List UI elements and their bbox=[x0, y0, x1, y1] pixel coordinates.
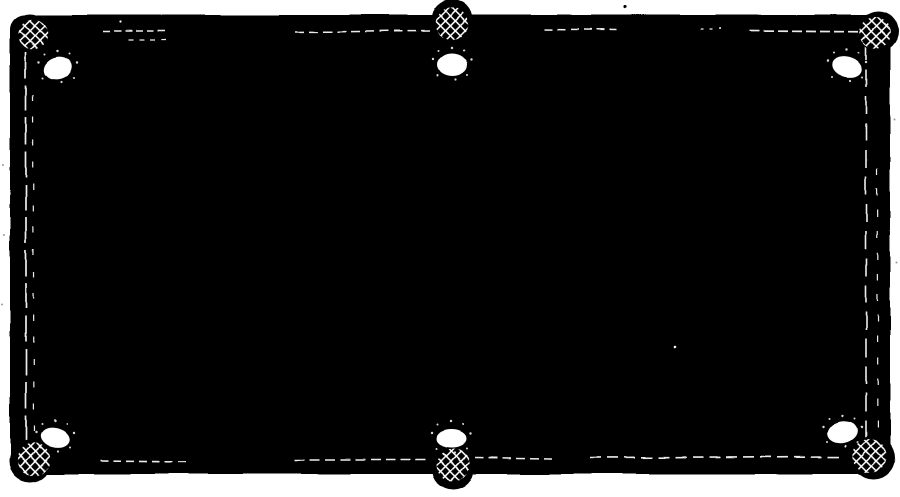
speck bbox=[1, 304, 3, 306]
pocket-rim-speck bbox=[831, 76, 833, 78]
pocket-rim-speck bbox=[432, 58, 434, 60]
pocket-rim-speck bbox=[54, 420, 56, 422]
pocket-rim-speck bbox=[854, 417, 856, 419]
pocket-rim-speck bbox=[829, 417, 831, 419]
pocket-rim-speck bbox=[463, 50, 465, 52]
pocket-knob-top-left bbox=[11, 14, 49, 52]
speck bbox=[2, 164, 4, 166]
pocket-rim-speck bbox=[69, 53, 71, 55]
pocket-rim-speck bbox=[857, 441, 859, 443]
pocket-rim-speck bbox=[38, 61, 40, 63]
pocket-opening-hole bbox=[436, 430, 466, 448]
pocket-rim-speck bbox=[465, 448, 467, 450]
pocket-rim-speck bbox=[466, 74, 468, 76]
pocket-rim-speck bbox=[437, 424, 439, 426]
pocket-knob-top-right bbox=[858, 11, 898, 51]
pocket-rim-speck bbox=[73, 432, 75, 434]
pocket-rim-speck bbox=[470, 59, 472, 61]
knob-hatch-texture bbox=[852, 439, 886, 473]
pocket-rim-speck bbox=[431, 432, 433, 434]
knob-hatch-texture bbox=[436, 7, 469, 40]
knob-hatch-texture bbox=[18, 20, 48, 50]
knob-hatch-texture bbox=[859, 17, 890, 48]
pocket-rim-speck bbox=[849, 80, 851, 82]
pocket-rim-speck bbox=[823, 425, 825, 427]
pocket-rim-speck bbox=[833, 52, 835, 54]
pocket-rim-speck bbox=[44, 53, 46, 55]
pocket-rim-speck bbox=[451, 47, 453, 49]
pocket-rim-speck bbox=[453, 452, 455, 454]
speck bbox=[893, 119, 895, 121]
pocket-rim-speck bbox=[39, 447, 41, 449]
pocket-rim-speck bbox=[35, 431, 37, 433]
pocket-rim-speck bbox=[436, 74, 438, 76]
pocket-knob-top-middle bbox=[431, 0, 473, 41]
pocket-rim-speck bbox=[450, 421, 452, 423]
pocket-rim-speck bbox=[858, 52, 860, 54]
speck bbox=[719, 27, 721, 29]
pocket-rim-speck bbox=[60, 81, 62, 83]
pocket-rim-speck bbox=[842, 414, 844, 416]
pocket-rim-speck bbox=[846, 49, 848, 51]
pocket-rim-speck bbox=[469, 433, 471, 435]
table-bed bbox=[10, 15, 890, 474]
pocket-rim-speck bbox=[435, 448, 437, 450]
speck bbox=[623, 5, 626, 8]
pocket-knob-bottom-middle bbox=[432, 448, 474, 490]
knob-hatch-texture bbox=[437, 449, 470, 482]
pocket-rim-speck bbox=[462, 424, 464, 426]
pocket-rim-speck bbox=[42, 77, 44, 79]
pocket-rim-speck bbox=[438, 50, 440, 52]
pocket-rim-speck bbox=[454, 78, 456, 80]
knob-hatch-texture bbox=[17, 443, 50, 476]
pocket-rim-speck bbox=[57, 451, 59, 453]
pocket-rim-speck bbox=[861, 426, 863, 428]
pocket-rim-speck bbox=[845, 445, 847, 447]
pocket-rim-speck bbox=[827, 60, 829, 62]
engraving-group bbox=[1, 0, 898, 490]
speck bbox=[895, 261, 897, 263]
pocket-rim-speck bbox=[72, 77, 74, 79]
engraving-canvas: Black-and-white engraving of a six-pocke… bbox=[0, 0, 900, 497]
pocket-rim-speck bbox=[861, 76, 863, 78]
pocket-rim-speck bbox=[57, 50, 59, 52]
pocket-knob-bottom-left bbox=[9, 440, 51, 482]
pocket-rim-speck bbox=[865, 61, 867, 63]
pocket-opening-hole bbox=[437, 54, 467, 76]
speck bbox=[3, 234, 5, 236]
pocket-rim-speck bbox=[41, 423, 43, 425]
speck bbox=[120, 21, 122, 23]
speck bbox=[674, 346, 677, 349]
pocket-rim-speck bbox=[76, 62, 78, 64]
billiard-table-engraving: Black-and-white engraving of a six-pocke… bbox=[0, 0, 900, 497]
pocket-rim-speck bbox=[827, 441, 829, 443]
pocket-rim-speck bbox=[69, 447, 71, 449]
pocket-rim-speck bbox=[66, 423, 68, 425]
